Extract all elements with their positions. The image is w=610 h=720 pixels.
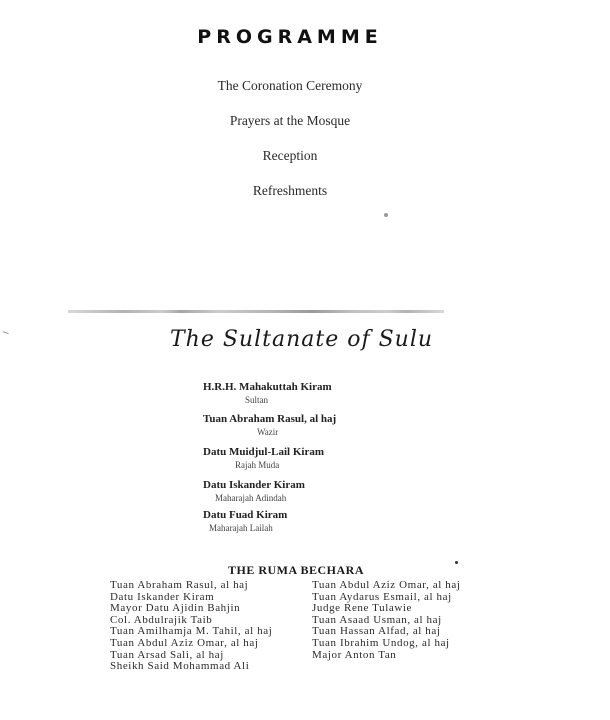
member-name: Tuan Abdul Aziz Omar, al haj (312, 580, 461, 592)
speck (455, 561, 458, 564)
official-title: Wazir (257, 427, 336, 437)
official-entry: Datu Fuad Kiram Maharajah Lailah (203, 509, 287, 533)
official-entry: Tuan Abraham Rasul, al haj Wazir (203, 413, 336, 437)
official-name: Datu Muidjul-Lail Kiram (203, 446, 324, 458)
official-entry: Datu Iskander Kiram Maharajah Adindah (203, 479, 305, 503)
programme-item: The Coronation Ceremony (0, 78, 580, 94)
programme-heading: PROGRAMME (0, 26, 580, 48)
programme-item: Reception (0, 148, 580, 164)
member-name: Sheikh Said Mohammad Ali (110, 661, 272, 673)
official-title: Maharajah Adindah (215, 493, 305, 503)
ruma-bechara-heading: THE RUMA BECHARA (228, 563, 364, 578)
official-name: Datu Iskander Kiram (203, 479, 305, 491)
official-name: H.R.H. Mahakuttah Kiram (203, 381, 332, 393)
official-entry: Datu Muidjul-Lail Kiram Rajah Muda (203, 446, 324, 470)
official-entry: H.R.H. Mahakuttah Kiram Sultan (203, 381, 332, 405)
divider-rule (68, 310, 444, 313)
programme-item: Prayers at the Mosque (0, 113, 580, 129)
member-name: Tuan Ibrahim Undog, al haj (312, 638, 461, 650)
ruma-left-column: Tuan Abraham Rasul, al haj Datu Iskander… (110, 580, 272, 673)
member-name: Major Anton Tan (312, 650, 461, 662)
ruma-right-column: Tuan Abdul Aziz Omar, al haj Tuan Aydaru… (312, 580, 461, 661)
speck (384, 213, 388, 217)
programme-item: Refreshments (0, 183, 580, 199)
sultanate-heading: The Sultanate of Sulu (170, 327, 433, 352)
member-name: Tuan Abraham Rasul, al haj (110, 580, 272, 592)
member-name: Tuan Abdul Aziz Omar, al haj (110, 638, 272, 650)
official-title: Maharajah Lailah (209, 523, 287, 533)
official-name: Datu Fuad Kiram (203, 509, 287, 521)
edge-mark (1, 331, 8, 338)
official-title: Rajah Muda (235, 460, 324, 470)
official-name: Tuan Abraham Rasul, al haj (203, 413, 336, 425)
official-title: Sultan (245, 395, 332, 405)
